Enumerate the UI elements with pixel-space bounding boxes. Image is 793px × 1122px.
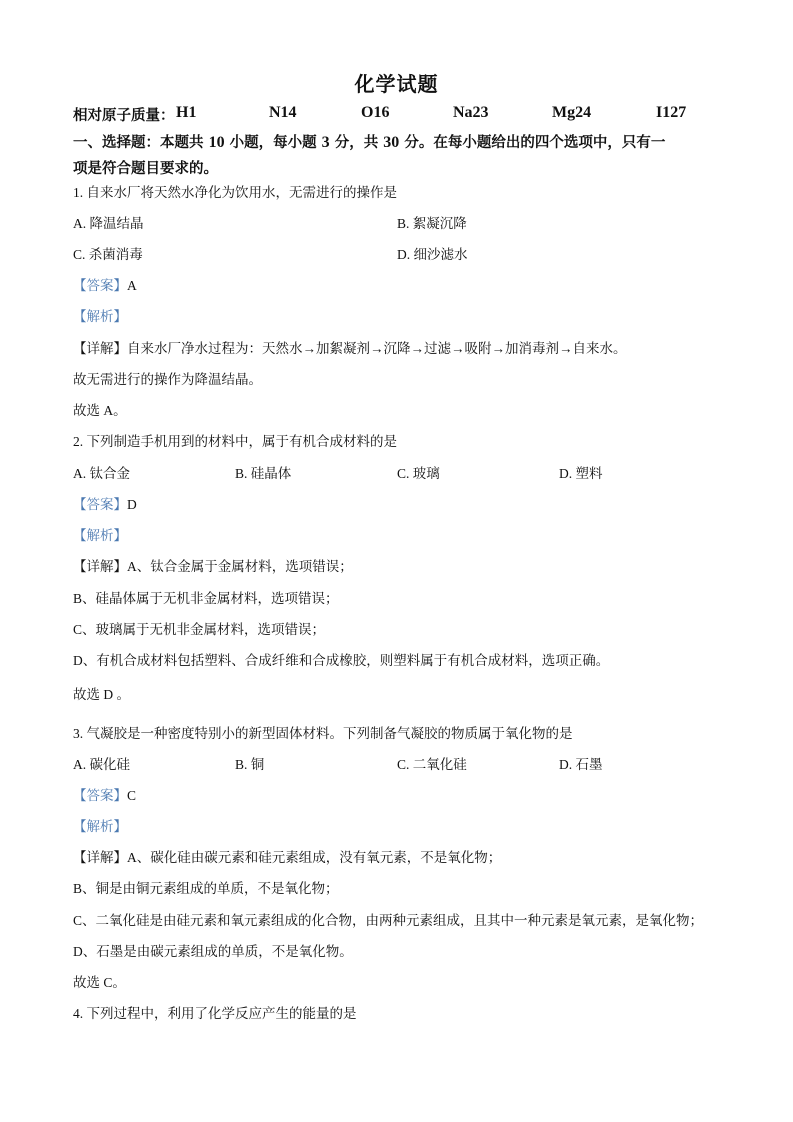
section-heading: 一、选择题：本题共 10 小题，每小题 3 分，共 30 分。在每小题给出的四个… [73, 130, 723, 182]
question-3-answer: 【答案】C [73, 787, 136, 805]
question-3-detail-5: 故选 C。 [73, 974, 126, 992]
atomic-mass-n: N14 [269, 104, 297, 122]
question-3-option-a: A. 碳化硅 [73, 756, 130, 774]
question-1-detail-2: 故无需进行的操作为降温结晶。 [73, 371, 262, 389]
atomic-mass-na: Na23 [453, 104, 489, 122]
question-3-option-d: D. 石墨 [559, 756, 603, 774]
question-2-detail-5: 故选 D 。 [73, 686, 130, 704]
answer-value: D [127, 497, 137, 512]
answer-value: C [127, 788, 136, 803]
question-1-option-b: B. 絮凝沉降 [397, 215, 467, 233]
question-3-analysis: 【解析】 [73, 818, 127, 836]
question-3-detail-3: C、二氧化硅是由硅元素和氧元素组成的化合物，由两种元素组成，且其中一种元素是氧元… [73, 912, 703, 930]
question-2-option-c: C. 玻璃 [397, 465, 440, 483]
analysis-label: 【解析】 [73, 309, 127, 324]
answer-label: 【答案】 [73, 278, 127, 293]
answer-value: A [127, 278, 137, 293]
question-1-option-d: D. 细沙滤水 [397, 246, 468, 264]
detail-label: 【详解】 [73, 559, 127, 574]
question-2-detail-3: C、玻璃属于无机非金属材料，选项错误； [73, 621, 325, 639]
question-1-detail-3: 故选 A。 [73, 402, 127, 420]
analysis-label: 【解析】 [73, 819, 127, 834]
question-2-option-d: D. 塑料 [559, 465, 603, 483]
question-stem-3: 3. 气凝胶是一种密度特别小的新型固体材料。下列制备气凝胶的物质属于氧化物的是 [73, 725, 573, 743]
question-2-option-a: A. 钛合金 [73, 465, 130, 483]
question-3-detail-2: B、铜是由铜元素组成的单质，不是氧化物； [73, 880, 339, 898]
document-page: 化学试题 相对原子质量： H1 N14 O16 Na23 Mg24 I127 一… [0, 0, 793, 1122]
answer-label: 【答案】 [73, 788, 127, 803]
question-stem-4: 4. 下列过程中，利用了化学反应产生的能量的是 [73, 1005, 357, 1023]
answer-label: 【答案】 [73, 497, 127, 512]
atomic-mass-i: I127 [656, 104, 686, 122]
question-1-analysis: 【解析】 [73, 308, 127, 326]
question-2-detail-2: B、硅晶体属于无机非金属材料，选项错误； [73, 590, 339, 608]
question-stem-2: 2. 下列制造手机用到的材料中，属于有机合成材料的是 [73, 433, 397, 451]
question-3-option-c: C. 二氧化硅 [397, 756, 467, 774]
question-2-option-b: B. 硅晶体 [235, 465, 291, 483]
question-3-detail-4: D、石墨是由碳元素组成的单质，不是氧化物。 [73, 943, 353, 961]
question-1-answer: 【答案】A [73, 277, 137, 295]
question-2-detail-1: 【详解】A、钛合金属于金属材料，选项错误； [73, 558, 353, 576]
detail-label: 【详解】 [73, 341, 127, 356]
atomic-mass-h: H1 [176, 104, 196, 122]
atomic-masses-label: 相对原子质量： [73, 104, 175, 125]
page-title: 化学试题 [0, 68, 793, 97]
section-heading-line-2: 项是符合题目要求的。 [73, 156, 723, 182]
question-3-option-b: B. 铜 [235, 756, 264, 774]
section-heading-line-1: 一、选择题：本题共 10 小题，每小题 3 分，共 30 分。在每小题给出的四个… [73, 130, 723, 156]
atomic-masses-row: 相对原子质量： H1 N14 O16 Na23 Mg24 I127 [73, 104, 723, 126]
question-1-option-a: A. 降温结晶 [73, 215, 144, 233]
question-2-answer: 【答案】D [73, 496, 137, 514]
question-3-detail-1: 【详解】A、碳化硅由碳元素和硅元素组成，没有氧元素，不是氧化物； [73, 849, 501, 867]
question-stem-1: 1. 自来水厂将天然水净化为饮用水，无需进行的操作是 [73, 184, 397, 202]
atomic-mass-mg: Mg24 [552, 104, 591, 122]
question-1-option-c: C. 杀菌消毒 [73, 246, 143, 264]
analysis-label: 【解析】 [73, 528, 127, 543]
question-1-detail-1: 【详解】自来水厂净水过程为：天然水→加絮凝剂→沉降→过滤→吸附→加消毒剂→自来水… [73, 340, 627, 358]
detail-label: 【详解】 [73, 850, 127, 865]
atomic-mass-o: O16 [361, 104, 389, 122]
question-2-analysis: 【解析】 [73, 527, 127, 545]
question-2-detail-4: D、有机合成材料包括塑料、合成纤维和合成橡胶，则塑料属于有机合成材料，选项正确。 [73, 652, 609, 670]
